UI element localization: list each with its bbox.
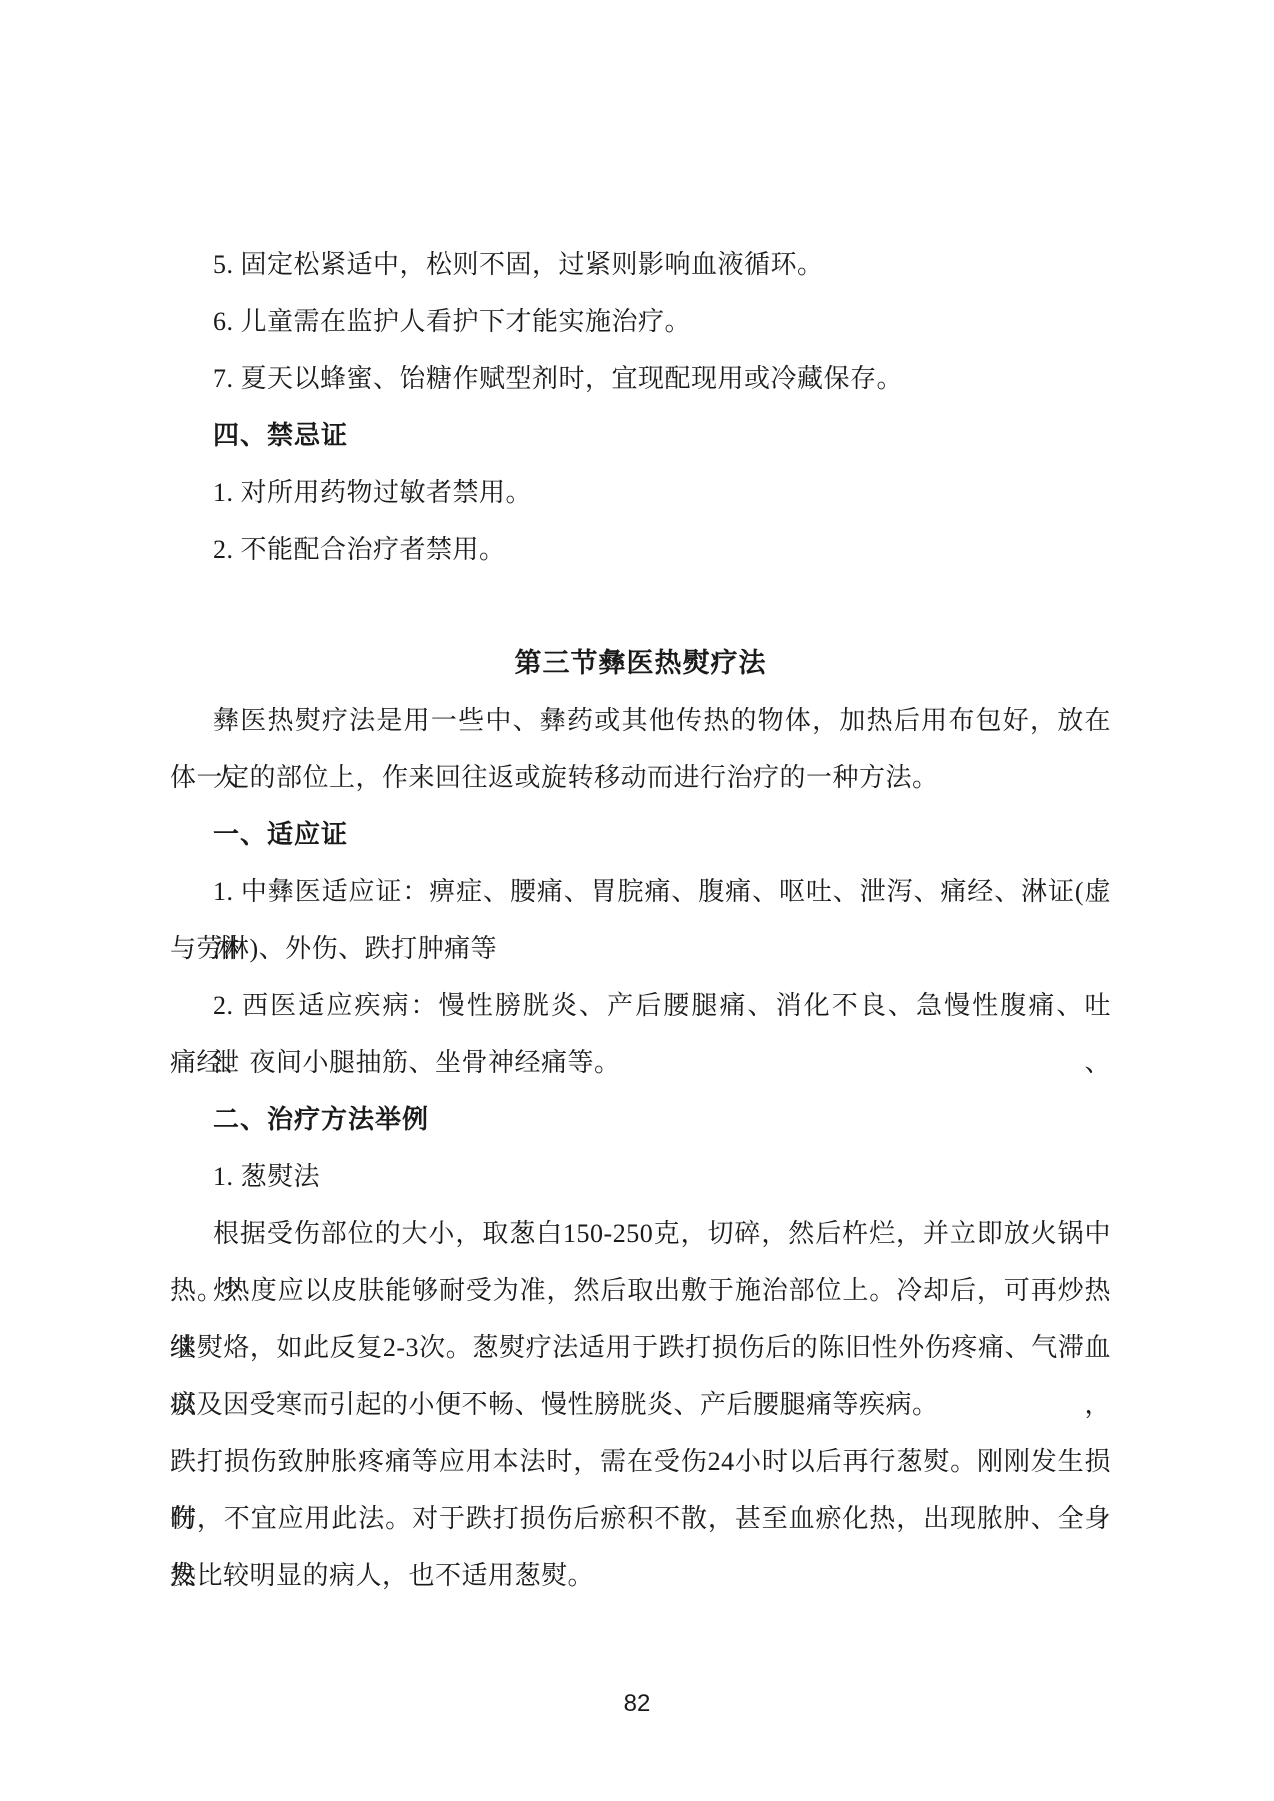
- indications-heading: 一、适应证: [170, 806, 1111, 863]
- method-description-line-1: 根据受伤部位的大小，取葱白150-250克，切碎，然后杵烂，并立即放火锅中炒: [170, 1205, 1111, 1262]
- blank-line: [170, 578, 1111, 635]
- indication-item-1-line-1: 1. 中彝医适应证：痹症、腰痛、胃脘痛、腹痛、呕吐、泄泻、痛经、淋证(虚淋: [170, 863, 1111, 920]
- method-1-name: 1. 葱熨法: [170, 1148, 1111, 1205]
- note-item-6: 6. 儿童需在监护人看护下才能实施治疗。: [170, 293, 1111, 350]
- contraindications-heading: 四、禁忌证: [170, 407, 1111, 464]
- contraindication-item-1: 1. 对所用药物过敏者禁用。: [170, 464, 1111, 521]
- method-caution-line-1: 跌打损伤致肿胀疼痛等应用本法时，需在受伤24小时以后再行葱熨。刚刚发生损伤: [170, 1433, 1111, 1490]
- indication-item-1-line-2: 与劳淋)、外伤、跌打肿痛等: [170, 920, 1111, 977]
- section-intro-line-1: 彝医热熨疗法是用一些中、彝药或其他传热的物体，加热后用布包好，放在人: [170, 692, 1111, 749]
- treatment-methods-heading: 二、治疗方法举例: [170, 1091, 1111, 1148]
- contraindication-item-2: 2. 不能配合治疗者禁用。: [170, 521, 1111, 578]
- section-intro-line-2: 体一定的部位上，作来回往返或旋转移动而进行治疗的一种方法。: [170, 749, 1111, 806]
- method-caution-line-2: 时，不宜应用此法。对于跌打损伤后瘀积不散，甚至血瘀化热，出现脓肿、全身发: [170, 1490, 1111, 1547]
- indication-item-2-line-1: 2. 西医适应疾病：慢性膀胱炎、产后腰腿痛、消化不良、急慢性腹痛、吐泄、: [170, 977, 1111, 1034]
- document-body: 5. 固定松紧适中，松则不固，过紧则影响血液循环。 6. 儿童需在监护人看护下才…: [170, 236, 1111, 1604]
- method-description-line-3: 续熨烙，如此反复2-3次。葱熨疗法适用于跌打损伤后的陈旧性外伤疼痛、气滞血瘀，: [170, 1319, 1111, 1376]
- method-caution-line-3: 热比较明显的病人，也不适用葱熨。: [170, 1547, 1111, 1604]
- page-number: 82: [0, 1682, 1274, 1726]
- note-item-5: 5. 固定松紧适中，松则不固，过紧则影响血液循环。: [170, 236, 1111, 293]
- section-title: 第三节彝医热熨疗法: [170, 635, 1111, 692]
- note-item-7: 7. 夏天以蜂蜜、饴糖作赋型剂时，宜现配现用或冷藏保存。: [170, 350, 1111, 407]
- method-description-line-2: 热。热度应以皮肤能够耐受为准，然后取出敷于施治部位上。冷却后，可再炒热继: [170, 1262, 1111, 1319]
- document-page: 5. 固定松紧适中，松则不固，过紧则影响血液循环。 6. 儿童需在监护人看护下才…: [0, 0, 1274, 1801]
